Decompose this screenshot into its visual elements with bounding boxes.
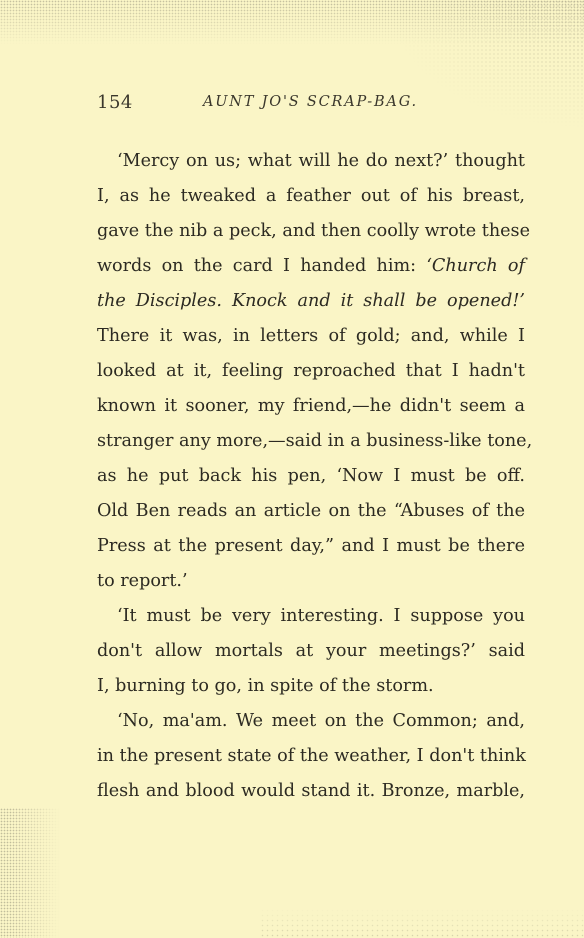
scan-speckle-bottom	[260, 908, 584, 938]
text-line: looked at it, feeling reproached that I …	[97, 356, 525, 391]
text-line: flesh and blood would stand it. Bronze, …	[97, 776, 525, 811]
text-line-italic: the Disciples. Knock and it shall be ope…	[97, 286, 525, 321]
text-line: I, burning to go, in spite of the storm.	[97, 671, 525, 706]
text-line-roman: words on the card I handed him:	[97, 256, 416, 276]
text-line: ‘No, ma'am. We meet on the Common; and,	[97, 706, 525, 741]
text-line: Press at the present day,” and I must be…	[97, 531, 525, 566]
text-line: known it sooner, my friend,—he didn't se…	[97, 391, 525, 426]
text-line: as he put back his pen, ‘Now I must be o…	[97, 461, 525, 496]
scan-speckle-bottom-left	[0, 808, 60, 938]
running-head: 154 AUNT JO'S SCRAP-BAG.	[97, 92, 527, 116]
text-line: Old Ben reads an article on the “Abuses …	[97, 496, 525, 531]
text-line: words on the card I handed him: ‘Church …	[97, 251, 525, 286]
book-title: AUNT JO'S SCRAP-BAG.	[203, 94, 418, 110]
text-line: in the present state of the weather, I d…	[97, 741, 525, 776]
text-line-italic: ‘Church of	[426, 256, 525, 276]
text-line: gave the nib a peck, and then coolly wro…	[97, 216, 525, 251]
text-line: There it was, in letters of gold; and, w…	[97, 321, 525, 356]
page-number: 154	[97, 92, 133, 113]
text-line: ‘It must be very interesting. I suppose …	[97, 601, 525, 636]
text-line: I, as he tweaked a feather out of his br…	[97, 181, 525, 216]
text-line: don't allow mortals at your meetings?’ s…	[97, 636, 525, 671]
text-line: to report.’	[97, 566, 525, 601]
body-text: ‘Mercy on us; what will he do next?’ tho…	[97, 146, 525, 811]
scan-speckle-top	[0, 0, 584, 45]
text-line: ‘Mercy on us; what will he do next?’ tho…	[97, 146, 525, 181]
text-line: stranger any more,—said in a business-li…	[97, 426, 525, 461]
